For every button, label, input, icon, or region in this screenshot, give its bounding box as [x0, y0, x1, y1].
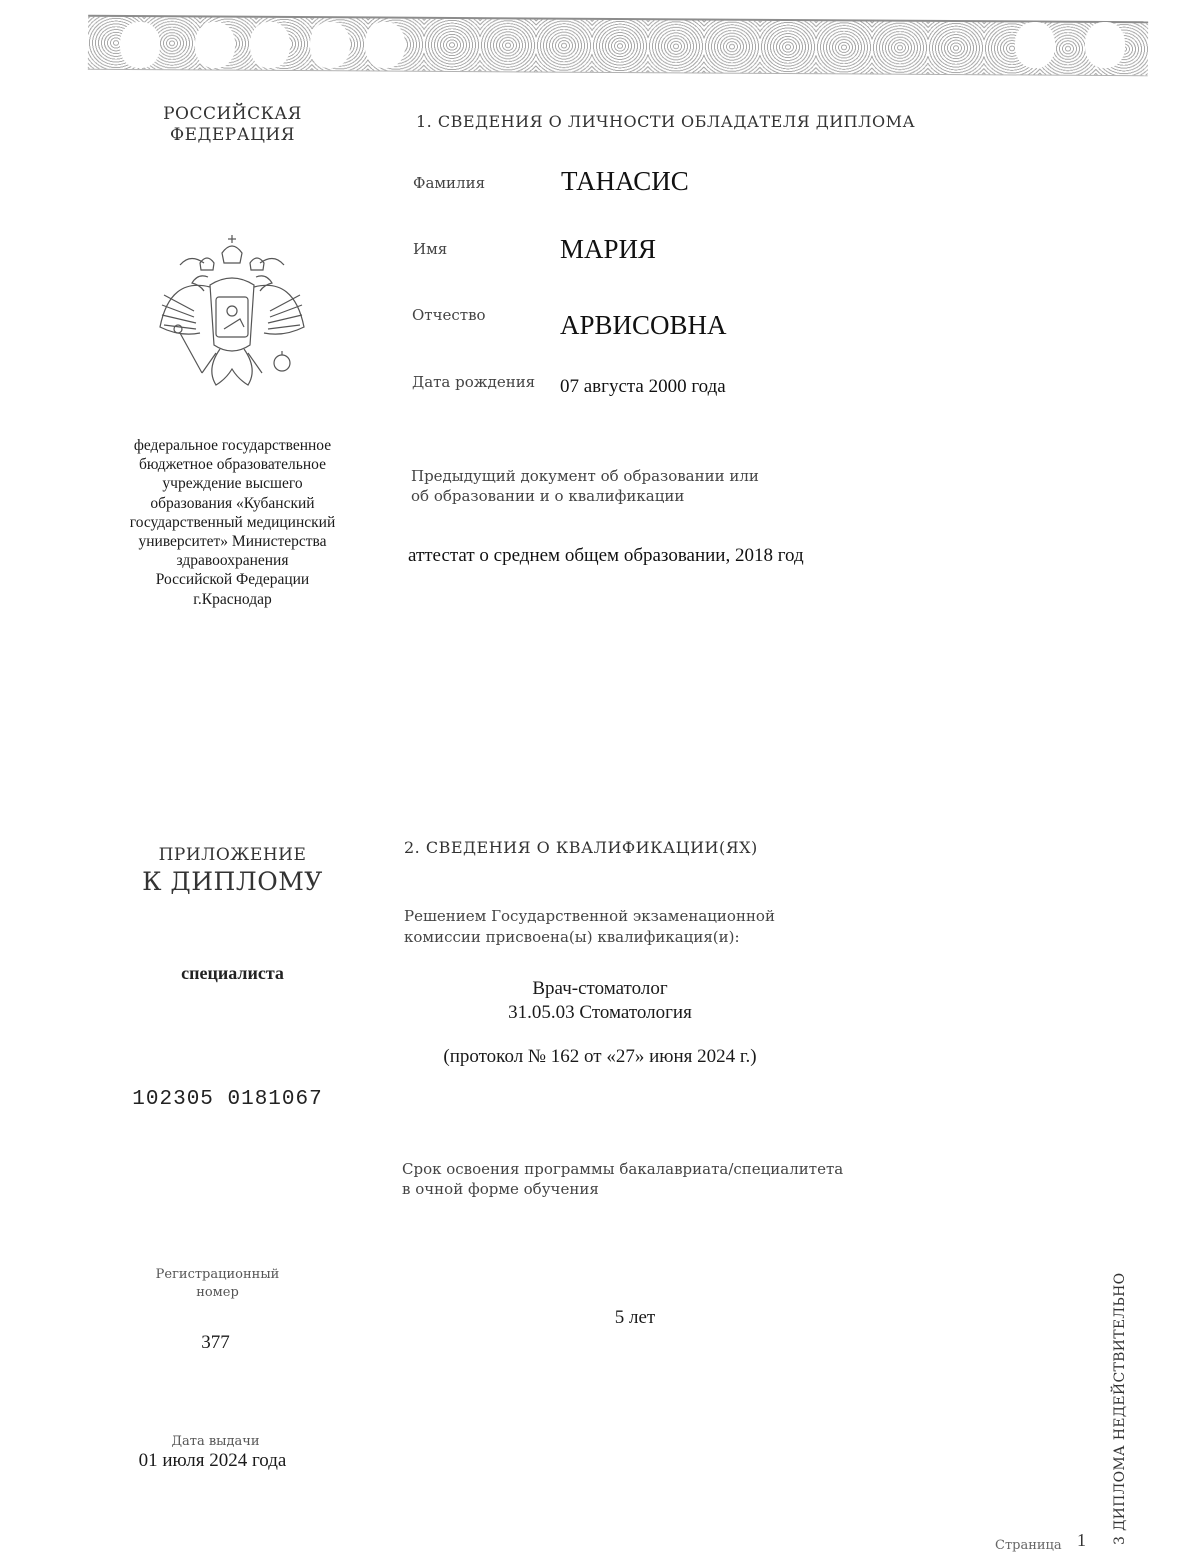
country-line-1: РОССИЙСКАЯ [95, 104, 370, 125]
surname-value: ТАНАСИС [561, 166, 689, 197]
study-duration-label: Срок освоения программы бакалавриата/спе… [402, 1159, 843, 1199]
guilloche-ornament [365, 22, 405, 68]
name-label: Имя [413, 240, 447, 258]
study-duration-value: 5 лет [560, 1307, 710, 1329]
institution-line: университет» Министерства [95, 532, 370, 551]
degree-level: специалиста [95, 963, 370, 984]
serial-number: 102305 0181067 [90, 1088, 365, 1111]
commission-decision: Решением Государственной экзаменационной… [404, 906, 775, 948]
appendix-title-line-2: К ДИПЛОМУ [95, 867, 370, 896]
patronymic-value: АРВИСОВНА [560, 310, 727, 341]
appendix-heading: ПРИЛОЖЕНИЕ К ДИПЛОМУ [95, 845, 370, 896]
commission-decision-line: Решением Государственной экзаменационной [404, 906, 775, 927]
institution-line: образования «Кубанский [95, 494, 370, 513]
issue-date-label: Дата выдачи [78, 1434, 353, 1449]
reg-number-value: 377 [78, 1332, 353, 1354]
reg-number-label-line: Регистрационный [80, 1266, 355, 1284]
commission-decision-line: комиссии присвоена(ы) квалификация(и): [404, 927, 775, 948]
reg-number-label: Регистрационный номер [80, 1266, 355, 1302]
study-duration-label-line: в очной форме обучения [402, 1179, 843, 1199]
guilloche-ornament [195, 22, 235, 68]
institution-line: Российской Федерации [95, 570, 370, 589]
section-1-title: 1. СВЕДЕНИЯ О ЛИЧНОСТИ ОБЛАДАТЕЛЯ ДИПЛОМ… [416, 112, 915, 131]
institution-line: федеральное государственное [95, 436, 370, 455]
study-duration-label-line: Срок освоения программы бакалавриата/спе… [402, 1159, 843, 1179]
coat-of-arms-icon [150, 225, 315, 395]
prev-doc-value: аттестат о среднем общем образовании, 20… [408, 545, 804, 567]
prev-doc-label: Предыдущий документ об образовании или о… [411, 466, 759, 506]
institution-line: здравоохранения [95, 551, 370, 570]
country-heading: РОССИЙСКАЯ ФЕДЕРАЦИЯ [95, 104, 370, 146]
patronymic-label: Отчество [412, 306, 486, 324]
qualification-block: Врач-стоматолог 31.05.03 Стоматология [405, 977, 795, 1025]
issue-date-value: 01 июля 2024 года [75, 1450, 350, 1472]
prev-doc-label-line: об образовании и о квалификации [411, 486, 759, 506]
guilloche-ornament [1015, 22, 1055, 68]
guilloche-ornament [1085, 22, 1125, 68]
birthdate-label: Дата рождения [412, 373, 535, 391]
validity-note: 3 ДИПЛОМА НЕДЕЙСТВИТЕЛЬНО [1112, 1290, 1142, 1545]
surname-label: Фамилия [413, 174, 485, 192]
page-number: 1 [1077, 1530, 1086, 1551]
appendix-title-line-1: ПРИЛОЖЕНИЕ [95, 845, 370, 865]
guilloche-ornament [120, 22, 160, 68]
reg-number-label-line: номер [80, 1284, 355, 1302]
institution-line: бюджетное образовательное [95, 455, 370, 474]
institution-line: г.Краснодар [95, 590, 370, 609]
name-value: МАРИЯ [560, 234, 656, 265]
guilloche-border [88, 15, 1148, 76]
institution-line: учреждение высшего [95, 474, 370, 493]
section-2-title: 2. СВЕДЕНИЯ О КВАЛИФИКАЦИИ(ЯХ) [404, 838, 758, 857]
qualification-value: Врач-стоматолог [405, 977, 795, 1001]
page-label: Страница [995, 1538, 1062, 1553]
prev-doc-label-line: Предыдущий документ об образовании или [411, 466, 759, 486]
institution-line: государственный медицинский [95, 513, 370, 532]
guilloche-ornament [310, 22, 350, 68]
country-line-2: ФЕДЕРАЦИЯ [95, 125, 370, 146]
specialty-value: 31.05.03 Стоматология [405, 1001, 795, 1025]
institution-name: федеральное государственное бюджетное об… [95, 436, 370, 609]
validity-note-text: 3 ДИПЛОМА НЕДЕЙСТВИТЕЛЬНО [1112, 1273, 1128, 1545]
protocol-info: (протокол № 162 от «27» июня 2024 г.) [380, 1046, 820, 1068]
guilloche-ornament [250, 22, 290, 68]
birthdate-value: 07 августа 2000 года [560, 376, 726, 398]
